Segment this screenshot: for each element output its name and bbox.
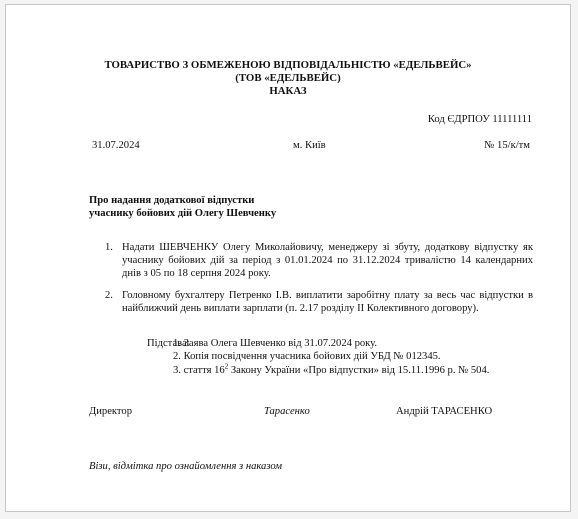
signature-position: Директор — [89, 405, 132, 418]
document-page: ТОВАРИСТВО З ОБМЕЖЕНОЮ ВІДПОВІДАЛЬНІСТЮ … — [5, 4, 571, 512]
document-type: НАКАЗ — [6, 85, 570, 98]
order-subject-line1: Про надання додаткової відпустки — [89, 194, 254, 207]
order-date: 31.07.2024 — [92, 139, 140, 152]
signature-handwritten: Тарасенко — [264, 405, 310, 418]
order-item-number: 2. — [105, 289, 113, 302]
order-city: м. Київ — [293, 139, 326, 152]
edrpou-code: Код ЄДРПОУ 11111111 — [428, 113, 532, 126]
order-subject-line2: учаснику бойових дій Олегу Шевченку — [89, 207, 276, 220]
order-item-text: Головному бухгалтеру Петренко І.В. випла… — [122, 289, 533, 315]
basis-item-3: 3. стаття 162 Закону України «Про відпус… — [173, 364, 489, 377]
company-full-name: ТОВАРИСТВО З ОБМЕЖЕНОЮ ВІДПОВІДАЛЬНІСТЮ … — [6, 59, 570, 72]
signature-name: Андрій ТАРАСЕНКО — [396, 405, 492, 418]
order-number: № 15/к/тм — [484, 139, 530, 152]
order-item-2: 2. Головному бухгалтеру Петренко І.В. ви… — [105, 289, 533, 315]
order-item-number: 1. — [105, 241, 113, 254]
order-item-text: Надати ШЕВЧЕНКУ Олегу Миколайовичу, мене… — [122, 241, 533, 280]
visas-note: Візи, відмітка про ознайомлення з наказо… — [89, 460, 282, 473]
basis-item-1: 1. Заява Олега Шевченко від 31.07.2024 р… — [173, 337, 377, 350]
basis-item-2: 2. Копія посвідчення учасника бойових ді… — [173, 350, 441, 363]
company-short-name: (ТОВ «ЕДЕЛЬВЕЙС) — [6, 72, 570, 85]
order-item-1: 1. Надати ШЕВЧЕНКУ Олегу Миколайовичу, м… — [105, 241, 533, 280]
